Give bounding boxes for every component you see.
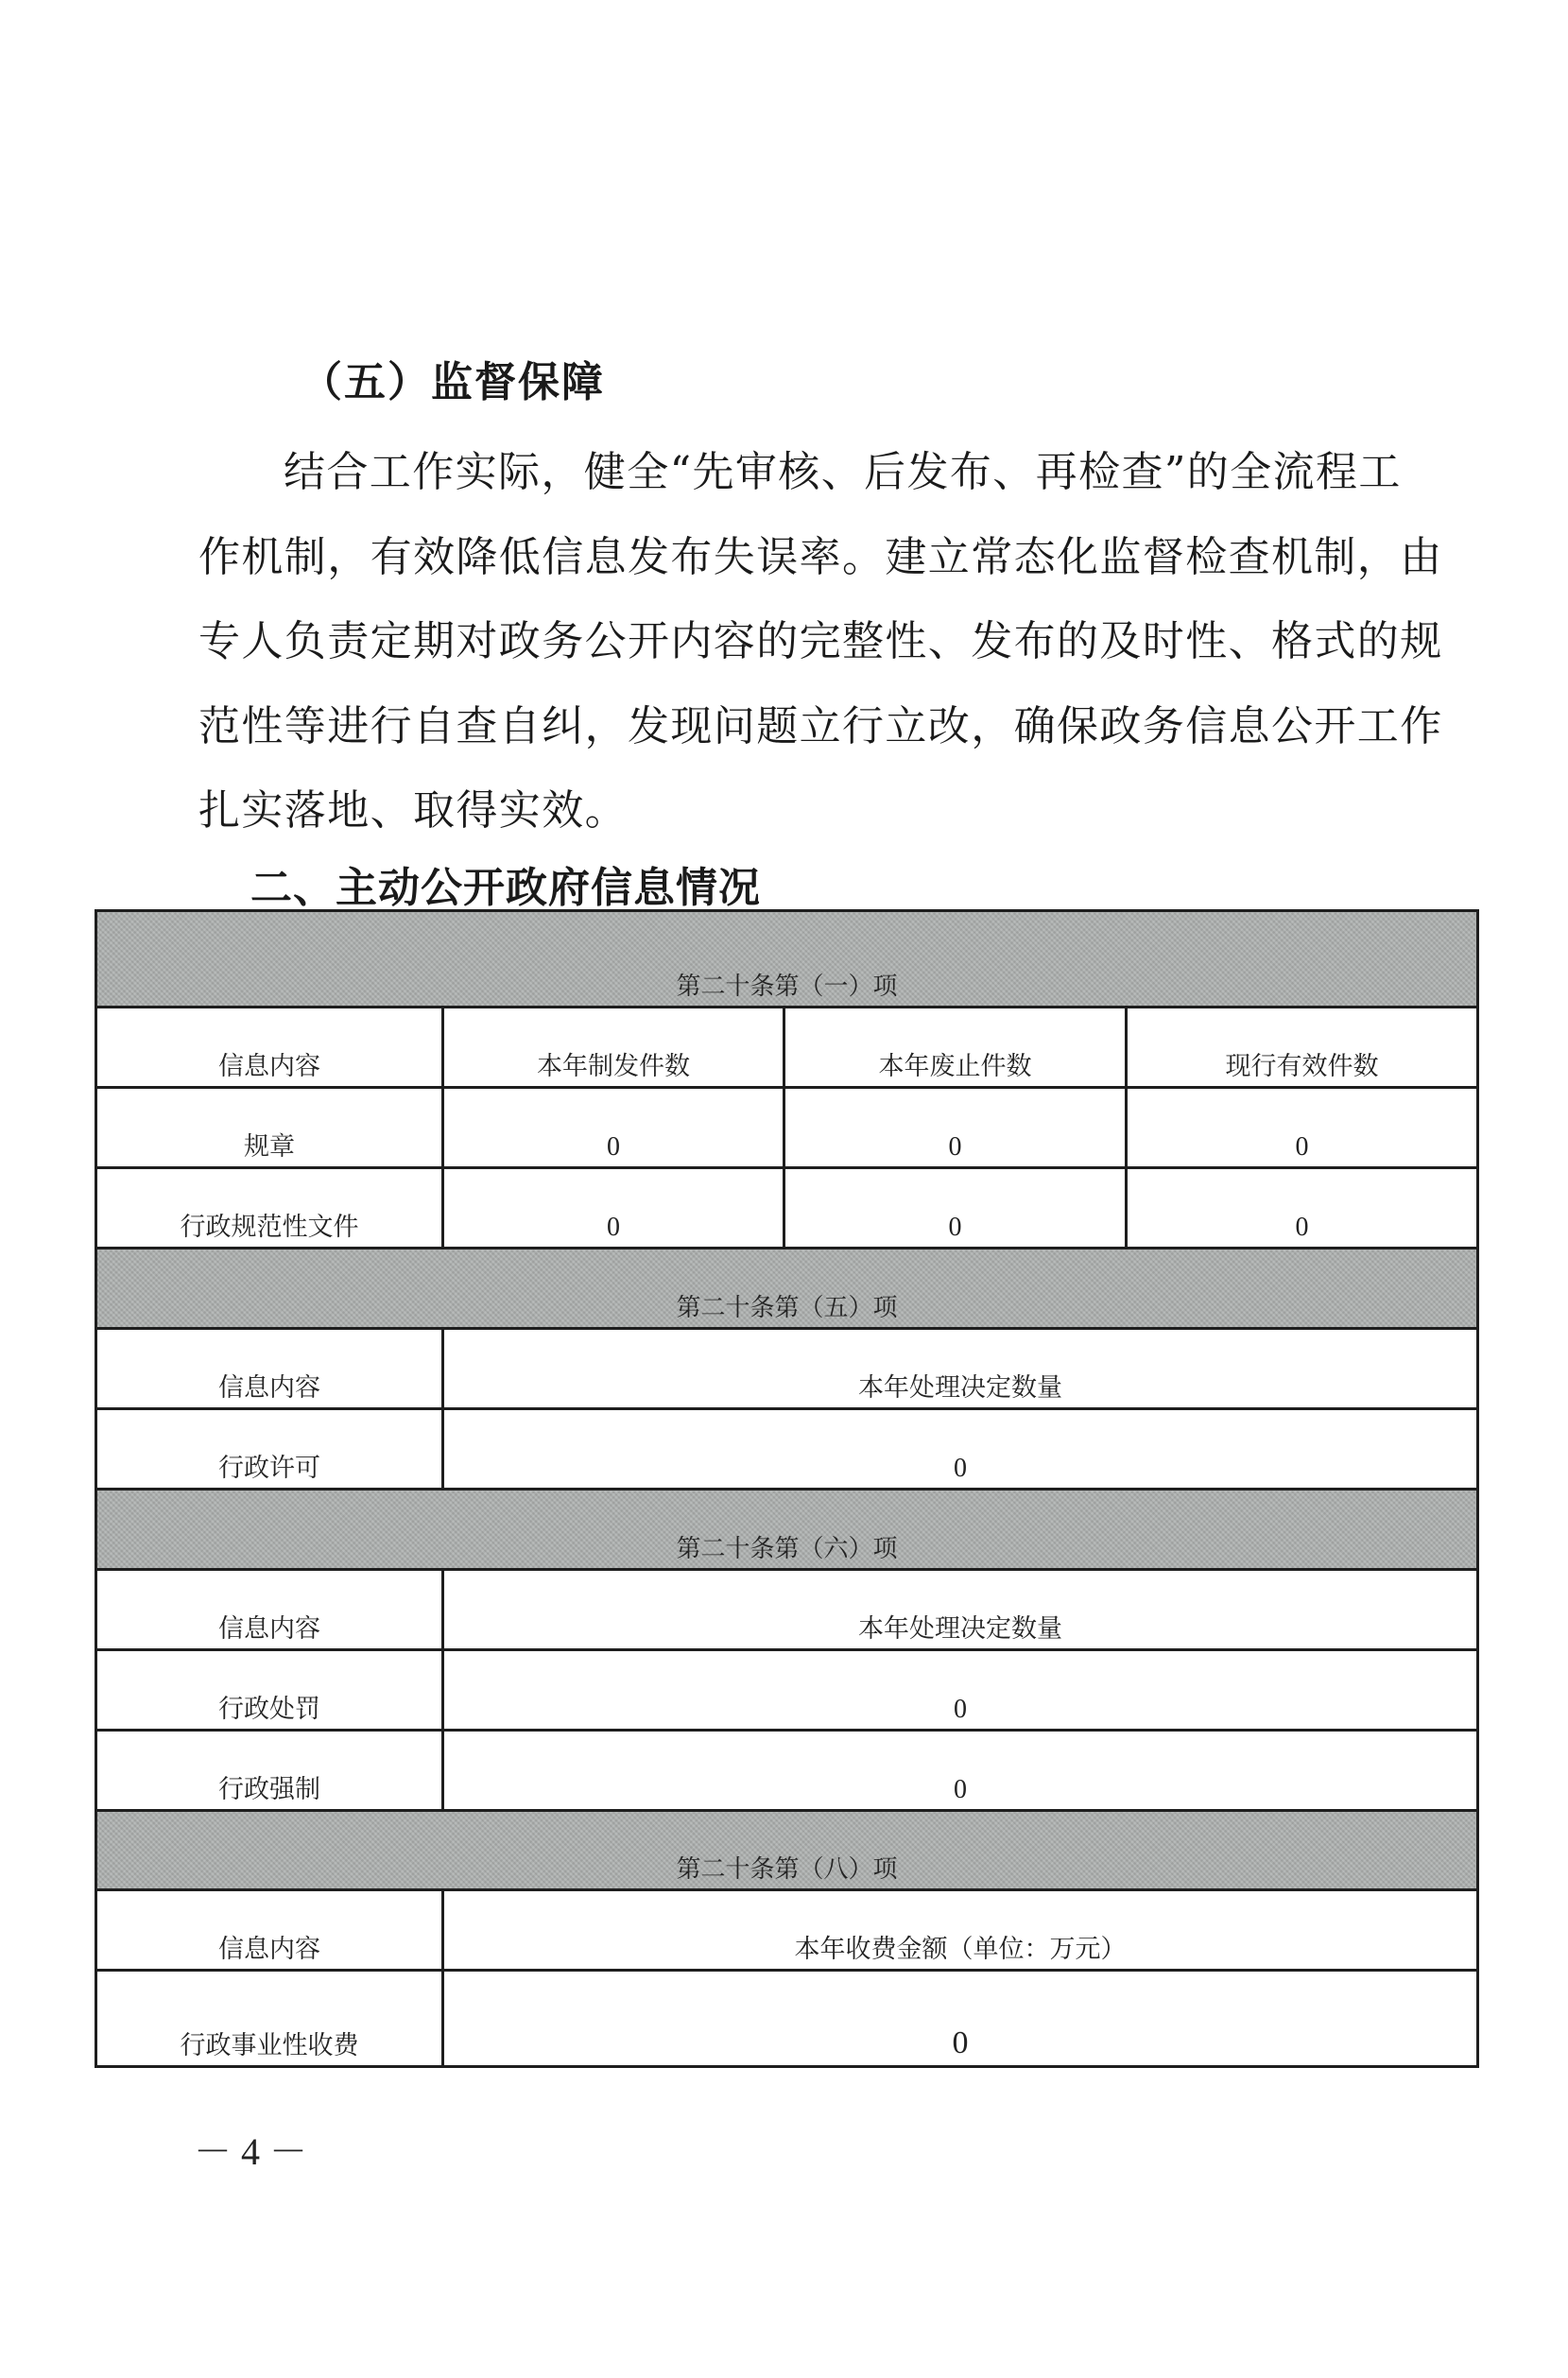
column-header: 本年处理决定数量 (443, 1329, 1478, 1409)
row-label: 行政强制 (96, 1731, 443, 1811)
column-header: 信息内容 (96, 1329, 443, 1409)
row-label: 规章 (96, 1088, 443, 1168)
section-title: 第二十条第（八）项 (96, 1811, 1478, 1890)
section-band: 第二十条第（六）项 (96, 1490, 1478, 1570)
table-header-row: 信息内容 本年处理决定数量 (96, 1570, 1478, 1650)
column-header: 本年收费金额（单位：万元） (443, 1890, 1478, 1971)
cell-value: 0 (784, 1168, 1127, 1249)
supervision-paragraph: 结合工作实际，健全“先审核、后发布、再检查”的全流程工 作机制，有效降低信息发布… (198, 430, 1380, 853)
cell-value: 0 (443, 1409, 1478, 1490)
chapter-heading-proactive-disclosure: 二、主动公开政府信息情况 (250, 853, 761, 914)
section-band: 第二十条第（五）项 (96, 1249, 1478, 1329)
cell-value: 0 (784, 1088, 1127, 1168)
section-title: 第二十条第（一）项 (96, 911, 1478, 1008)
table-row: 行政事业性收费 0 (96, 1971, 1478, 2067)
table-header-row: 信息内容 本年收费金额（单位：万元） (96, 1890, 1478, 1971)
column-header: 信息内容 (96, 1890, 443, 1971)
table-row: 行政规范性文件 0 0 0 (96, 1168, 1478, 1249)
table-header-row: 信息内容 本年处理决定数量 (96, 1329, 1478, 1409)
column-header: 本年处理决定数量 (443, 1570, 1478, 1650)
column-header: 本年制发件数 (443, 1008, 784, 1088)
section-title: 第二十条第（六）项 (96, 1490, 1478, 1570)
table-row: 行政许可 0 (96, 1409, 1478, 1490)
section-band: 第二十条第（一）项 (96, 911, 1478, 1008)
column-header: 现行有效件数 (1127, 1008, 1478, 1088)
row-label: 行政事业性收费 (96, 1971, 443, 2067)
paragraph-line: 结合工作实际，健全“先审核、后发布、再检查”的全流程工 (198, 430, 1380, 515)
paragraph-line: 范性等进行自查自纠，发现问题立行立改，确保政务信息公开工作 (198, 684, 1380, 769)
table-row: 行政强制 0 (96, 1731, 1478, 1811)
cell-value: 0 (443, 1731, 1478, 1811)
cell-value: 0 (443, 1971, 1478, 2067)
section-heading-supervision: （五）监督保障 (301, 348, 605, 408)
cell-value: 0 (443, 1650, 1478, 1731)
cell-value: 0 (443, 1088, 784, 1168)
row-label: 行政许可 (96, 1409, 443, 1490)
column-header: 信息内容 (96, 1008, 443, 1088)
table-row: 规章 0 0 0 (96, 1088, 1478, 1168)
page-number: － 4 － (194, 2122, 307, 2176)
column-header: 本年废止件数 (784, 1008, 1127, 1088)
section-title: 第二十条第（五）项 (96, 1249, 1478, 1329)
table-header-row: 信息内容 本年制发件数 本年废止件数 现行有效件数 (96, 1008, 1478, 1088)
paragraph-line: 专人负责定期对政务公开内容的完整性、发布的及时性、格式的规 (198, 599, 1380, 684)
paragraph-line: 扎实落地、取得实效。 (198, 768, 1380, 853)
cell-value: 0 (1127, 1168, 1478, 1249)
section-band: 第二十条第（八）项 (96, 1811, 1478, 1890)
column-header: 信息内容 (96, 1570, 443, 1650)
table-row: 行政处罚 0 (96, 1650, 1478, 1731)
row-label: 行政处罚 (96, 1650, 443, 1731)
cell-value: 0 (1127, 1088, 1478, 1168)
cell-value: 0 (443, 1168, 784, 1249)
paragraph-line: 作机制，有效降低信息发布失误率。建立常态化监督检查机制，由 (198, 515, 1380, 600)
disclosure-table: 第二十条第（一）项 信息内容 本年制发件数 本年废止件数 现行有效件数 规章 0… (95, 909, 1479, 2068)
row-label: 行政规范性文件 (96, 1168, 443, 1249)
